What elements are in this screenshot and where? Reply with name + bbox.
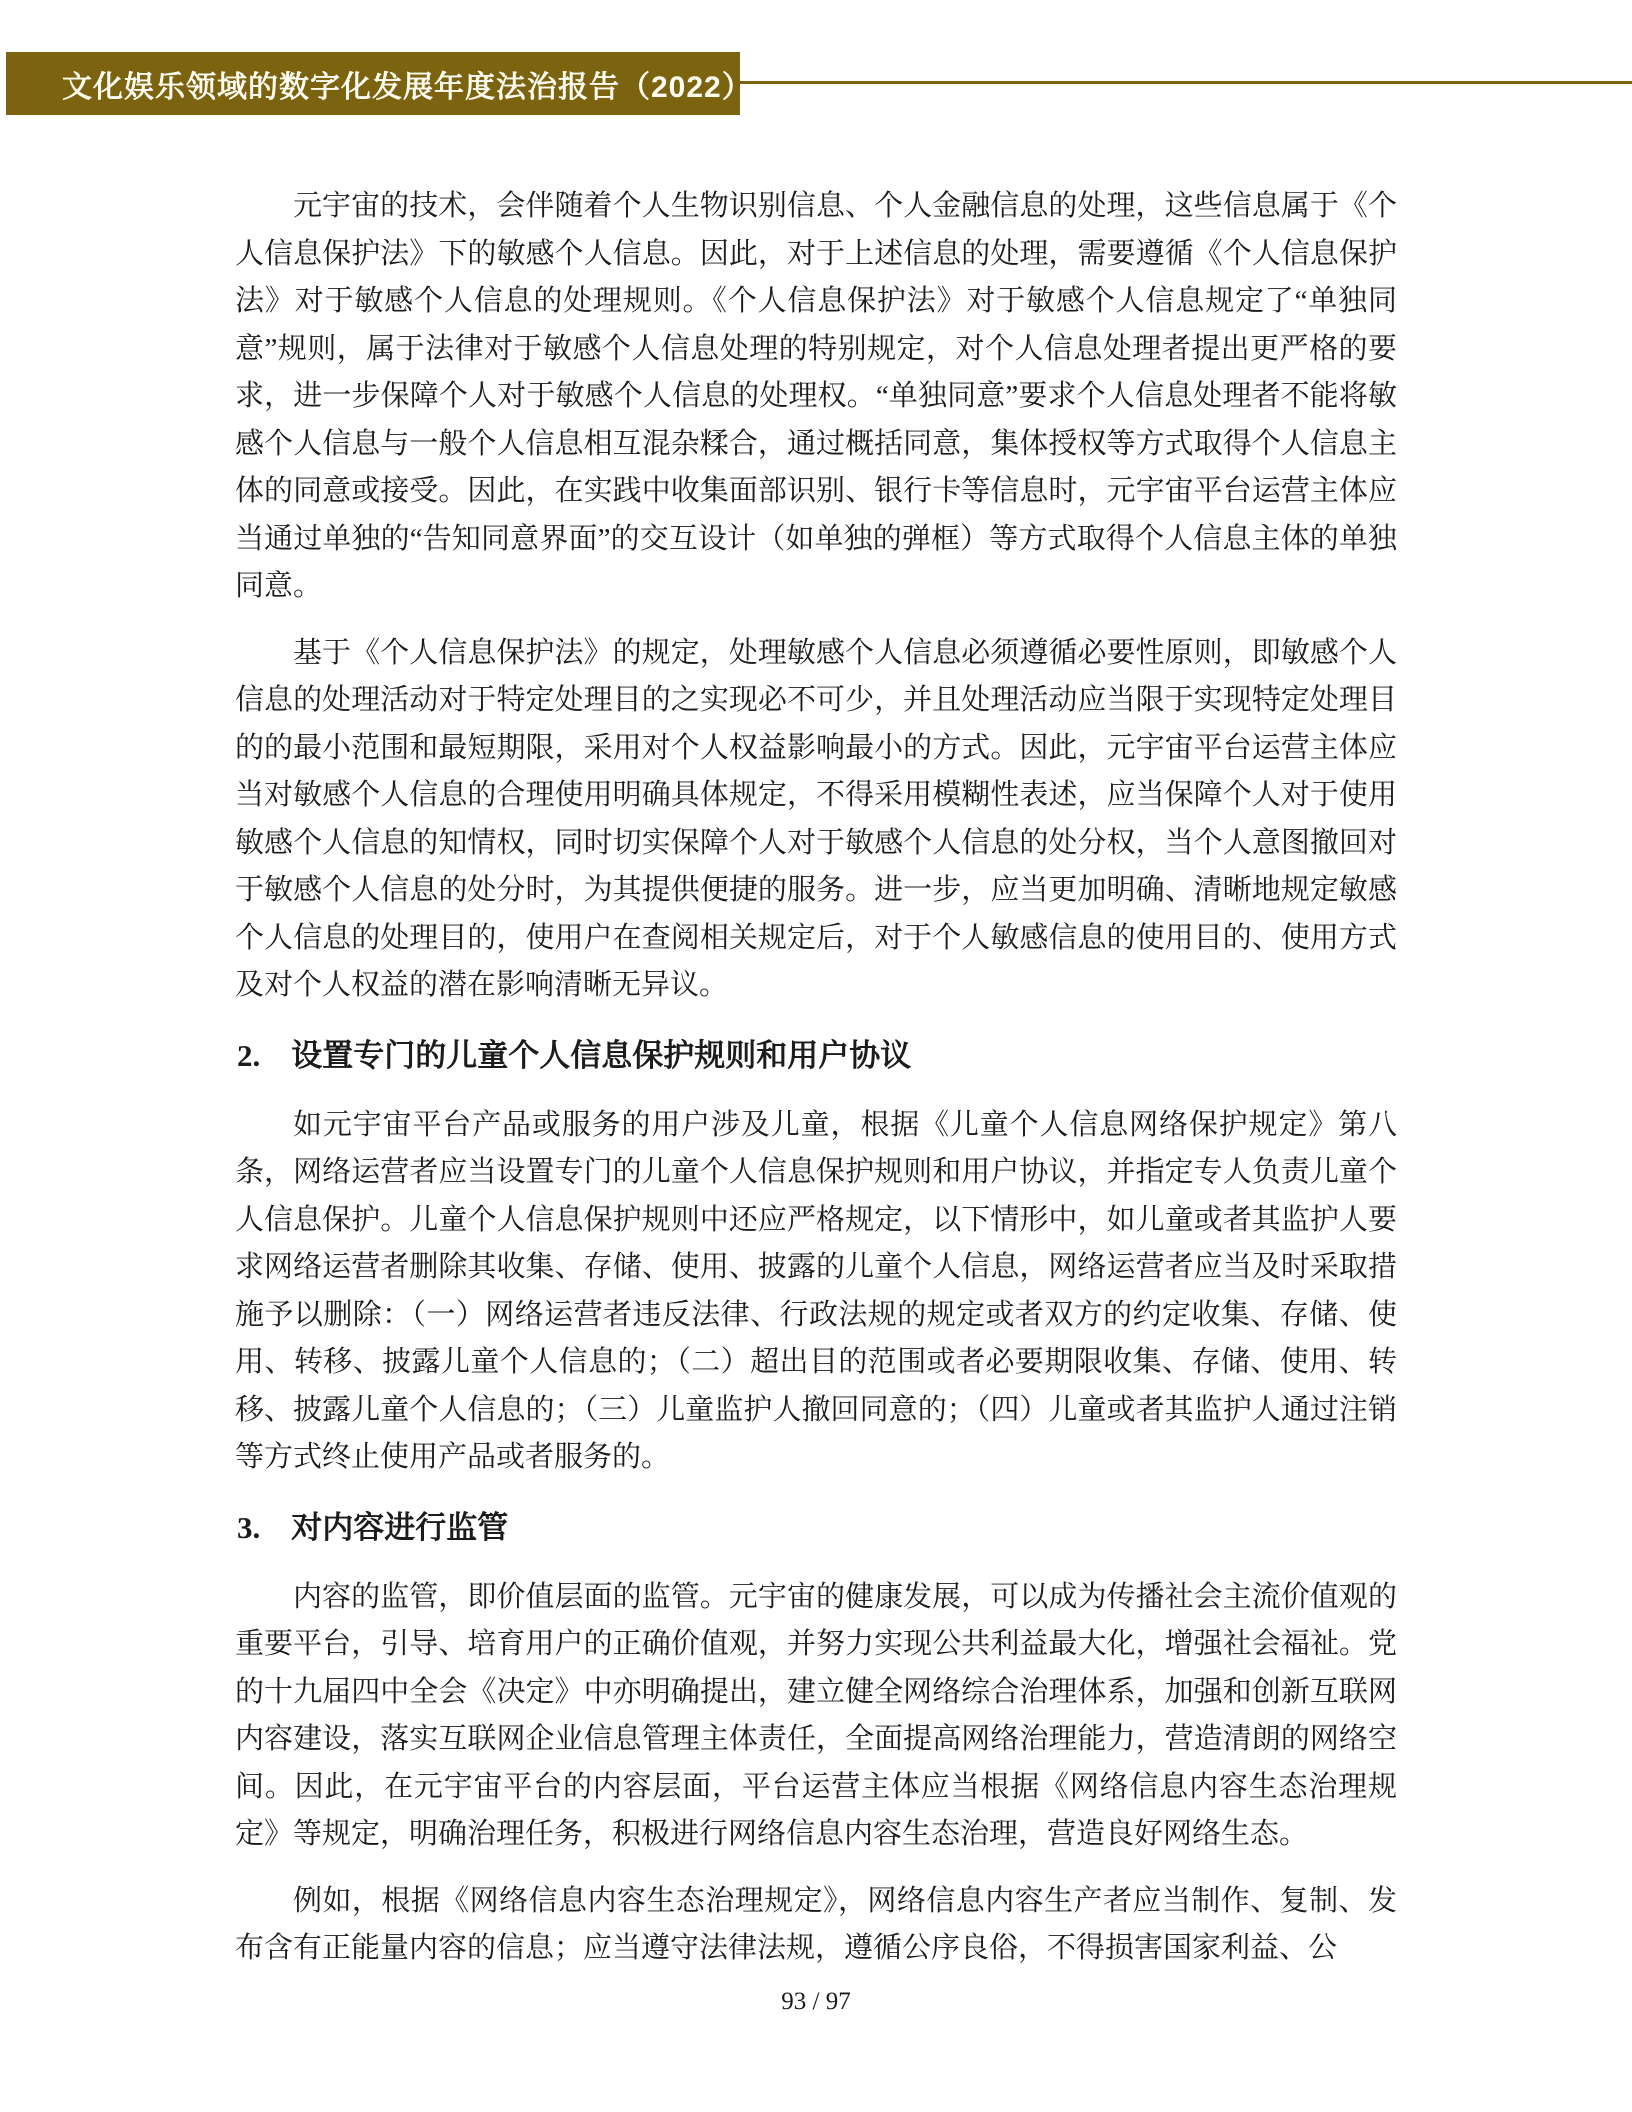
paragraph-content-ecology-example: 例如，根据《网络信息内容生态治理规定》，网络信息内容生产者应当制作、复制、发布含… (235, 1878, 1397, 1973)
report-title: 文化娱乐领域的数字化发展年度法治报告（2022） (6, 62, 753, 106)
heading-number: 3. (237, 1504, 260, 1552)
header-band: 文化娱乐领域的数字化发展年度法治报告（2022） (6, 52, 740, 115)
heading-number: 2. (237, 1032, 260, 1080)
page-number: 93 / 97 (781, 1988, 850, 2015)
paragraph-content-supervision: 内容的监管，即价值层面的监管。元宇宙的健康发展，可以成为传播社会主流价值观的重要… (235, 1574, 1397, 1859)
heading-title: 设置专门的儿童个人信息保护规则和用户协议 (291, 1032, 1397, 1080)
paragraph-sensitive-info-separate-consent: 元宇宙的技术，会伴随着个人生物识别信息、个人金融信息的处理，这些信息属于《个人信… (235, 183, 1397, 611)
header-rule-line (740, 81, 1632, 84)
paragraph-necessity-principle: 基于《个人信息保护法》的规定，处理敏感个人信息必须遵循必要性原则，即敏感个人信息… (235, 630, 1397, 1010)
section-heading-3: 3. 对内容进行监管 (235, 1504, 1397, 1552)
heading-title: 对内容进行监管 (291, 1504, 1397, 1552)
section-heading-2: 2. 设置专门的儿童个人信息保护规则和用户协议 (235, 1032, 1397, 1080)
paragraph-children-info-rules: 如元宇宙平台产品或服务的用户涉及儿童，根据《儿童个人信息网络保护规定》第八条，网… (235, 1102, 1397, 1482)
document-page: 文化娱乐领域的数字化发展年度法治报告（2022） 元宇宙的技术，会伴随着个人生物… (0, 0, 1632, 2112)
page-footer: 93 / 97 (0, 1988, 1632, 2016)
document-body: 元宇宙的技术，会伴随着个人生物识别信息、个人金融信息的处理，这些信息属于《个人信… (235, 183, 1397, 1992)
